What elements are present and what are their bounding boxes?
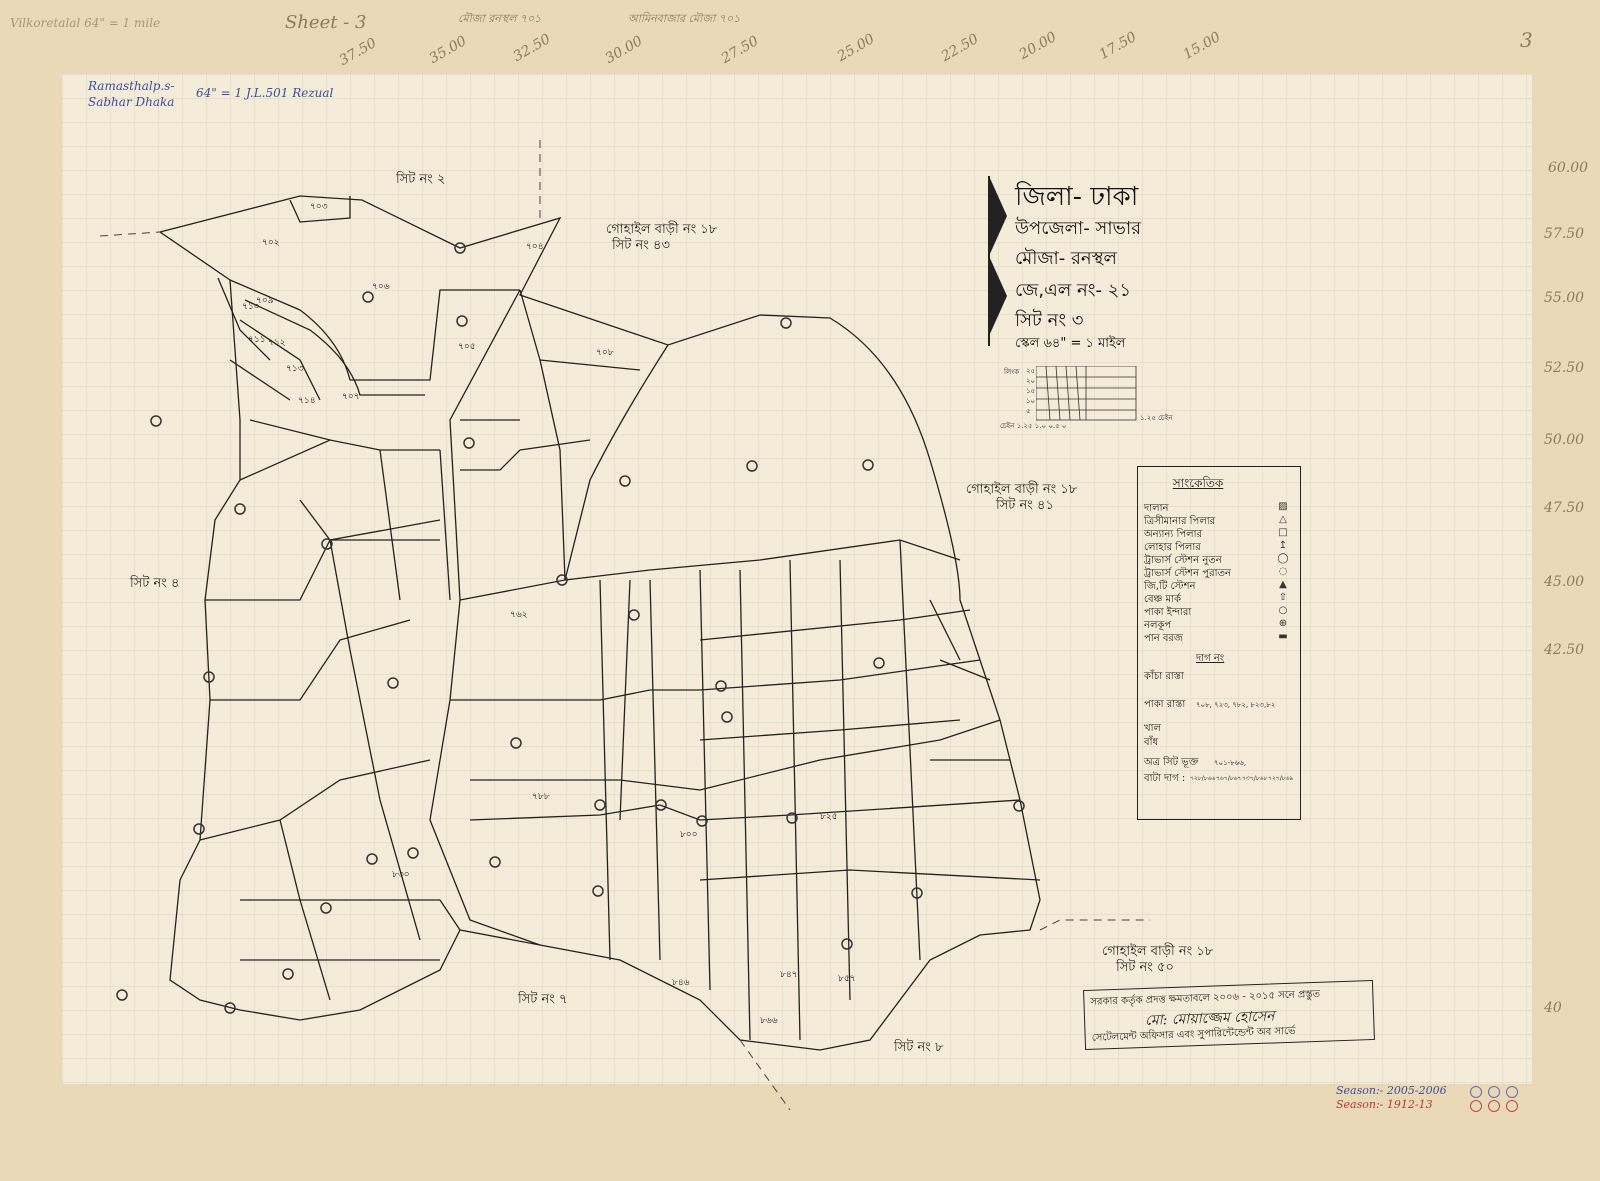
paka-road-label: পাকা রাস্তা xyxy=(1144,697,1185,714)
plot-number: ৮৪৬ xyxy=(672,976,690,991)
embankment-label: বাঁধ xyxy=(1144,735,1158,752)
bata-plot-value: ৭৬৭/৮৬৭ xyxy=(1216,773,1241,784)
plot-number: ৭১০ xyxy=(242,300,260,315)
bata-plots-label: বাটা দাগ : xyxy=(1144,771,1185,788)
plot-number: ৭০৪ xyxy=(526,240,544,255)
building-icon: ▨ xyxy=(1276,501,1290,512)
traverse-new-icon: ◯ xyxy=(1276,553,1290,564)
north-arrow-icon xyxy=(987,176,1009,346)
plot-number: ৮৫৭ xyxy=(838,972,856,987)
season-stamp-red: Season:- 1912-13 xyxy=(1336,1098,1433,1111)
stamp-circles-blue xyxy=(1470,1086,1518,1098)
bench-mark-icon: ⇧ xyxy=(1276,592,1290,603)
scale-right-label: ১.২৫ চেইন xyxy=(1140,412,1173,424)
scale-x-ticks: চেইন ১.২৫ ১.০ ০.৫ ০ xyxy=(1000,420,1066,432)
iron-pillar-icon: ↥ xyxy=(1276,540,1290,551)
adjacent-sheet-south: সিট নং ৭ xyxy=(518,992,567,1007)
plot-number: ৭০৫ xyxy=(458,340,476,355)
kacha-road-label: কাঁচা রাস্তা xyxy=(1144,669,1184,686)
certification-box: সরকার কর্তৃক প্রদত্ত ক্ষমতাবলে ২০০৬ - ২০… xyxy=(1083,980,1375,1050)
bata-plot-value: ৭২৭/৮৬৯ xyxy=(1268,773,1293,784)
adjacent-sheet-northeast: সিট নং ৪৩ xyxy=(612,238,670,253)
plot-number: ৭০৬ xyxy=(372,280,390,295)
bata-plot-value: ৭২৮/৮৬৬ xyxy=(1190,773,1215,784)
plot-number: ৮৪৭ xyxy=(780,968,798,983)
adjacent-sheet-southeast: সিট নং ৮ xyxy=(894,1040,943,1055)
plot-number: ৮০০ xyxy=(680,828,698,843)
plot-number: ৭৮৮ xyxy=(532,790,550,805)
betel-garden-icon: ▬ xyxy=(1276,631,1290,642)
plot-no-header: দাগ নং xyxy=(1196,651,1224,668)
plot-number: ৭০৭ xyxy=(342,390,360,405)
plot-number: ৭০২ xyxy=(262,236,280,251)
legend-box: সাংকেতিক দালান ▨ ত্রিসীমানার পিলার △ অন্… xyxy=(1137,466,1301,820)
other-pillar-icon: □ xyxy=(1276,527,1290,538)
tubewell-icon: ⊕ xyxy=(1276,618,1290,629)
sheet-included-range: ৭০১-৮৬৬, xyxy=(1214,757,1246,769)
bata-plot-value: ৭৩৭/৮৬৮ xyxy=(1242,773,1267,784)
scale-grid xyxy=(1036,366,1146,426)
legend-title: সাংকেতিক xyxy=(1138,475,1258,495)
paka-road-plots: ৭০৮, ৭২৩, ৭৮২, ৮২৩,৮২ xyxy=(1196,699,1275,711)
plot-number: ৭১৩ xyxy=(286,362,304,377)
mouza-title: মৌজা- রনস্থল xyxy=(1015,244,1117,275)
plot-number: ৮৩০ xyxy=(392,868,410,883)
well-icon: ○ xyxy=(1276,605,1290,616)
plot-number: ৮২৫ xyxy=(820,810,838,825)
scale-y-ticks: ২৫২০১৫১০৫ xyxy=(1026,366,1035,416)
upazila-title: উপজেলা- সাভার xyxy=(1015,214,1141,245)
adjacent-sheet-southeast-2: সিট নং ৫০ xyxy=(1116,960,1174,975)
tri-junction-pillar-icon: △ xyxy=(1276,514,1290,525)
sheet-number: সিট নং ৩ xyxy=(1015,306,1084,337)
plot-number: ৭৬২ xyxy=(510,608,528,623)
adjacent-sheet-north: সিট নং ২ xyxy=(396,172,445,187)
gt-station-icon: ▲ xyxy=(1276,579,1290,590)
adjacent-sheet-east: সিট নং ৪১ xyxy=(996,498,1054,513)
plot-number: ৭০৩ xyxy=(310,200,328,215)
plot-number: ৭১৪ xyxy=(298,394,316,409)
plot-number: ৮৬৬ xyxy=(760,1014,778,1029)
legend-item: পান বরজ xyxy=(1144,631,1183,648)
adjacent-title-northeast: গোহাইল বাড়ী নং ১৮ xyxy=(606,222,717,237)
map-sheet: Vilkoretalal 64" = 1 mile Sheet - 3 মৌজা… xyxy=(0,0,1600,1181)
plot-number: ৭০৮ xyxy=(596,346,614,361)
traverse-old-icon: ◌ xyxy=(1276,566,1290,577)
scale-text: স্কেল ৬৪" = ১ মাইল xyxy=(1015,334,1126,355)
scale-left-label: লিংক xyxy=(1004,366,1019,378)
jl-number: জে,এল নং- ২১ xyxy=(1015,276,1131,307)
plot-number: ৭১২ xyxy=(268,336,286,351)
stamp-circles-red xyxy=(1470,1100,1518,1112)
sheet-included-label: অত্র সিট ভূক্ত xyxy=(1144,755,1198,772)
plot-number: ৭১১ xyxy=(248,333,266,348)
adjacent-title-east: গোহাইল বাড়ী নং ১৮ xyxy=(966,482,1077,497)
season-stamp-blue: Season:- 2005-2006 xyxy=(1336,1084,1447,1097)
adjacent-title-southeast: গোহাইল বাড়ী নং ১৮ xyxy=(1102,944,1213,959)
adjacent-sheet-west: সিট নং ৪ xyxy=(130,576,179,591)
